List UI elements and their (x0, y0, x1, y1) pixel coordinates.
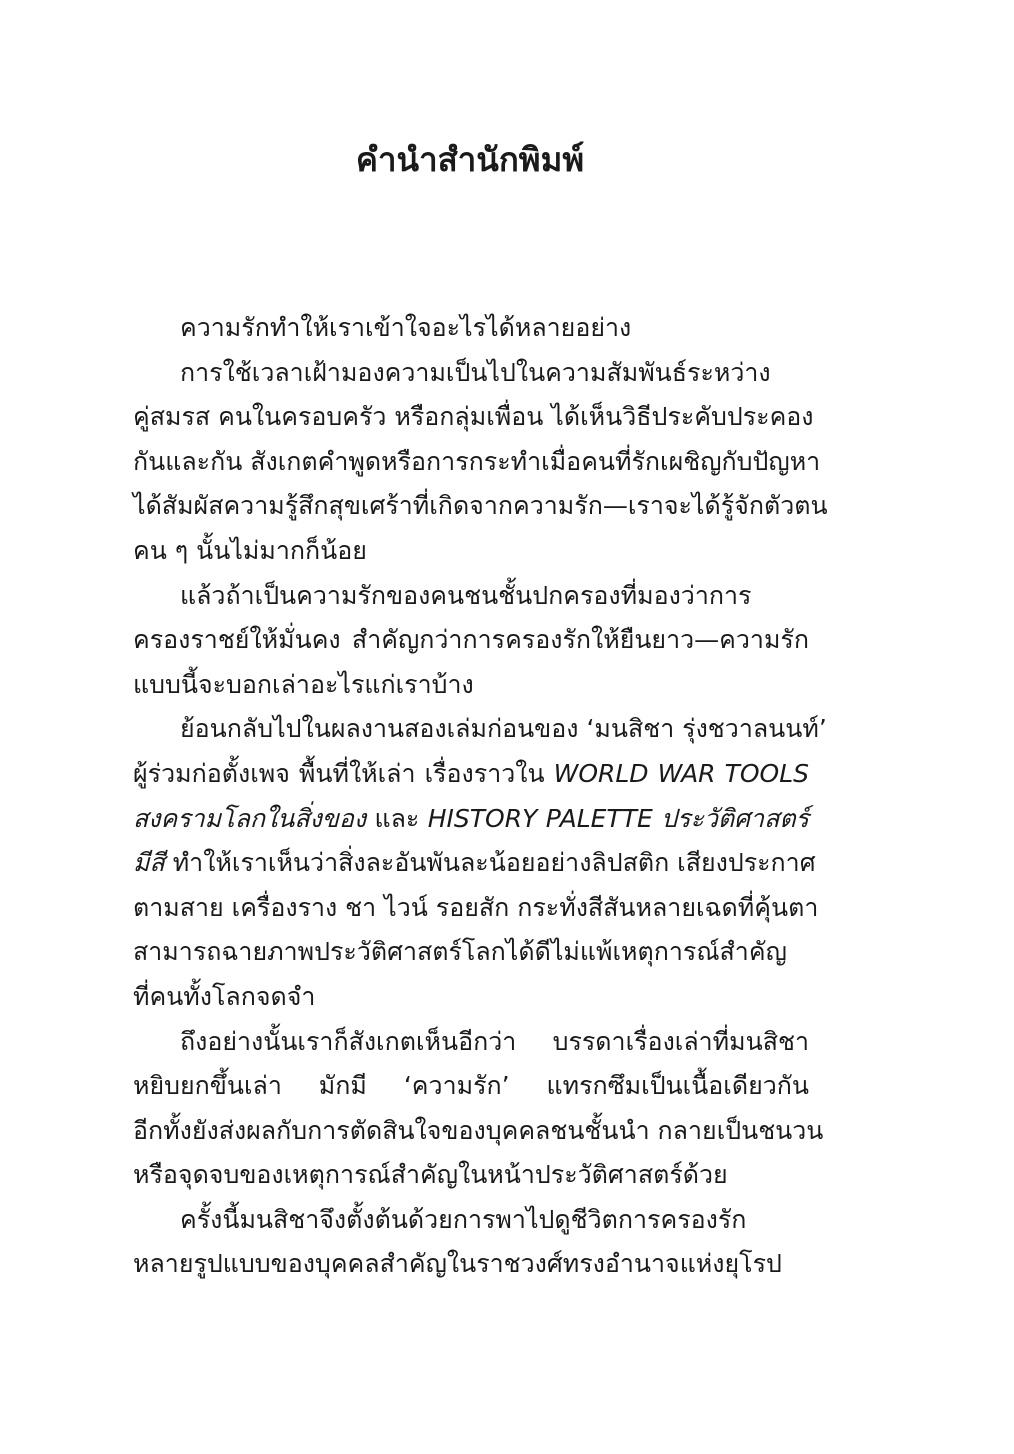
italic-title-text: มีสี (133, 848, 165, 877)
text-segment: ผู้ร่วมก่อตั้งเพจ พื้นที่ให้เล่า เรื่องร… (133, 759, 554, 788)
text-line: หรือจุดจบของเหตุการณ์สำคัญในหน้าประวัติศ… (133, 1153, 809, 1198)
document-page: คำนำสำนักพิมพ์ ความรักทำให้เราเข้าใจอะไร… (0, 0, 1014, 1454)
text-line: ตามสาย เครื่องราง ชา ไวน์ รอยสัก กระทั่ง… (133, 886, 809, 931)
text-line: ถึงอย่างนั้นเราก็สังเกตเห็นอีกว่า บรรดาเ… (133, 1020, 809, 1065)
text-line: ย้อนกลับไปในผลงานสองเล่มก่อนของ ‘มนสิชา … (133, 707, 809, 752)
text-line: การใช้เวลาเฝ้ามองความเป็นไปในความสัมพันธ… (133, 351, 809, 396)
text-line: ได้สัมผัสความรู้สึกสุขเศร้าที่เกิดจากควา… (133, 484, 809, 529)
text-line: คู่สมรส คนในครอบครัว หรือกลุ่มเพื่อน ได้… (133, 395, 809, 440)
text-line: แบบนี้จะบอกเล่าอะไรแก่เราบ้าง (133, 663, 809, 708)
page-title: คำนำสำนักพิมพ์ (0, 138, 940, 182)
text-line: ผู้ร่วมก่อตั้งเพจ พื้นที่ให้เล่า เรื่องร… (133, 752, 809, 797)
text-line: ครองราชย์ให้มั่นคง สำคัญกว่าการครองรักให… (133, 618, 809, 663)
text-line: กันและกัน สังเกตคำพูดหรือการกระทำเมื่อคน… (133, 440, 809, 485)
text-line: หยิบยกขึ้นเล่า มักมี ‘ความรัก’ แทรกซึมเป… (133, 1064, 809, 1109)
text-line: คน ๆ นั้นไม่มากก็น้อย (133, 529, 809, 574)
text-segment: และ (366, 804, 428, 833)
text-line: ครั้งนี้มนสิชาจึงตั้งต้นด้วยการพาไปดูชีว… (133, 1198, 809, 1243)
italic-title-text: HISTORY PALETTE ประวัติศาสตร์ (428, 804, 809, 833)
text-line: หลายรูปแบบของบุคคลสำคัญในราชวงศ์ทรงอำนาจ… (133, 1242, 809, 1287)
text-line: สามารถฉายภาพประวัติศาสตร์โลกได้ดีไม่แพ้เ… (133, 930, 809, 975)
text-line: สงครามโลกในสิ่งของ และ HISTORY PALETTE ป… (133, 797, 809, 842)
text-line: มีสี ทำให้เราเห็นว่าสิ่งละอันพันละน้อยอย… (133, 841, 809, 886)
text-segment: ทำให้เราเห็นว่าสิ่งละอันพันละน้อยอย่างลิ… (165, 848, 816, 877)
text-line: อีกทั้งยังส่งผลกับการตัดสินใจของบุคคลชนช… (133, 1109, 809, 1154)
text-line: แล้วถ้าเป็นความรักของคนชนชั้นปกครองที่มอ… (133, 574, 809, 619)
body-text: ความรักทำให้เราเข้าใจอะไรได้หลายอย่างการ… (133, 306, 809, 1287)
text-line: ที่คนทั้งโลกจดจำ (133, 975, 809, 1020)
italic-title-text: สงครามโลกในสิ่งของ (133, 804, 366, 833)
text-line: ความรักทำให้เราเข้าใจอะไรได้หลายอย่าง (133, 306, 809, 351)
italic-title-text: WORLD WAR TOOLS (554, 759, 809, 788)
